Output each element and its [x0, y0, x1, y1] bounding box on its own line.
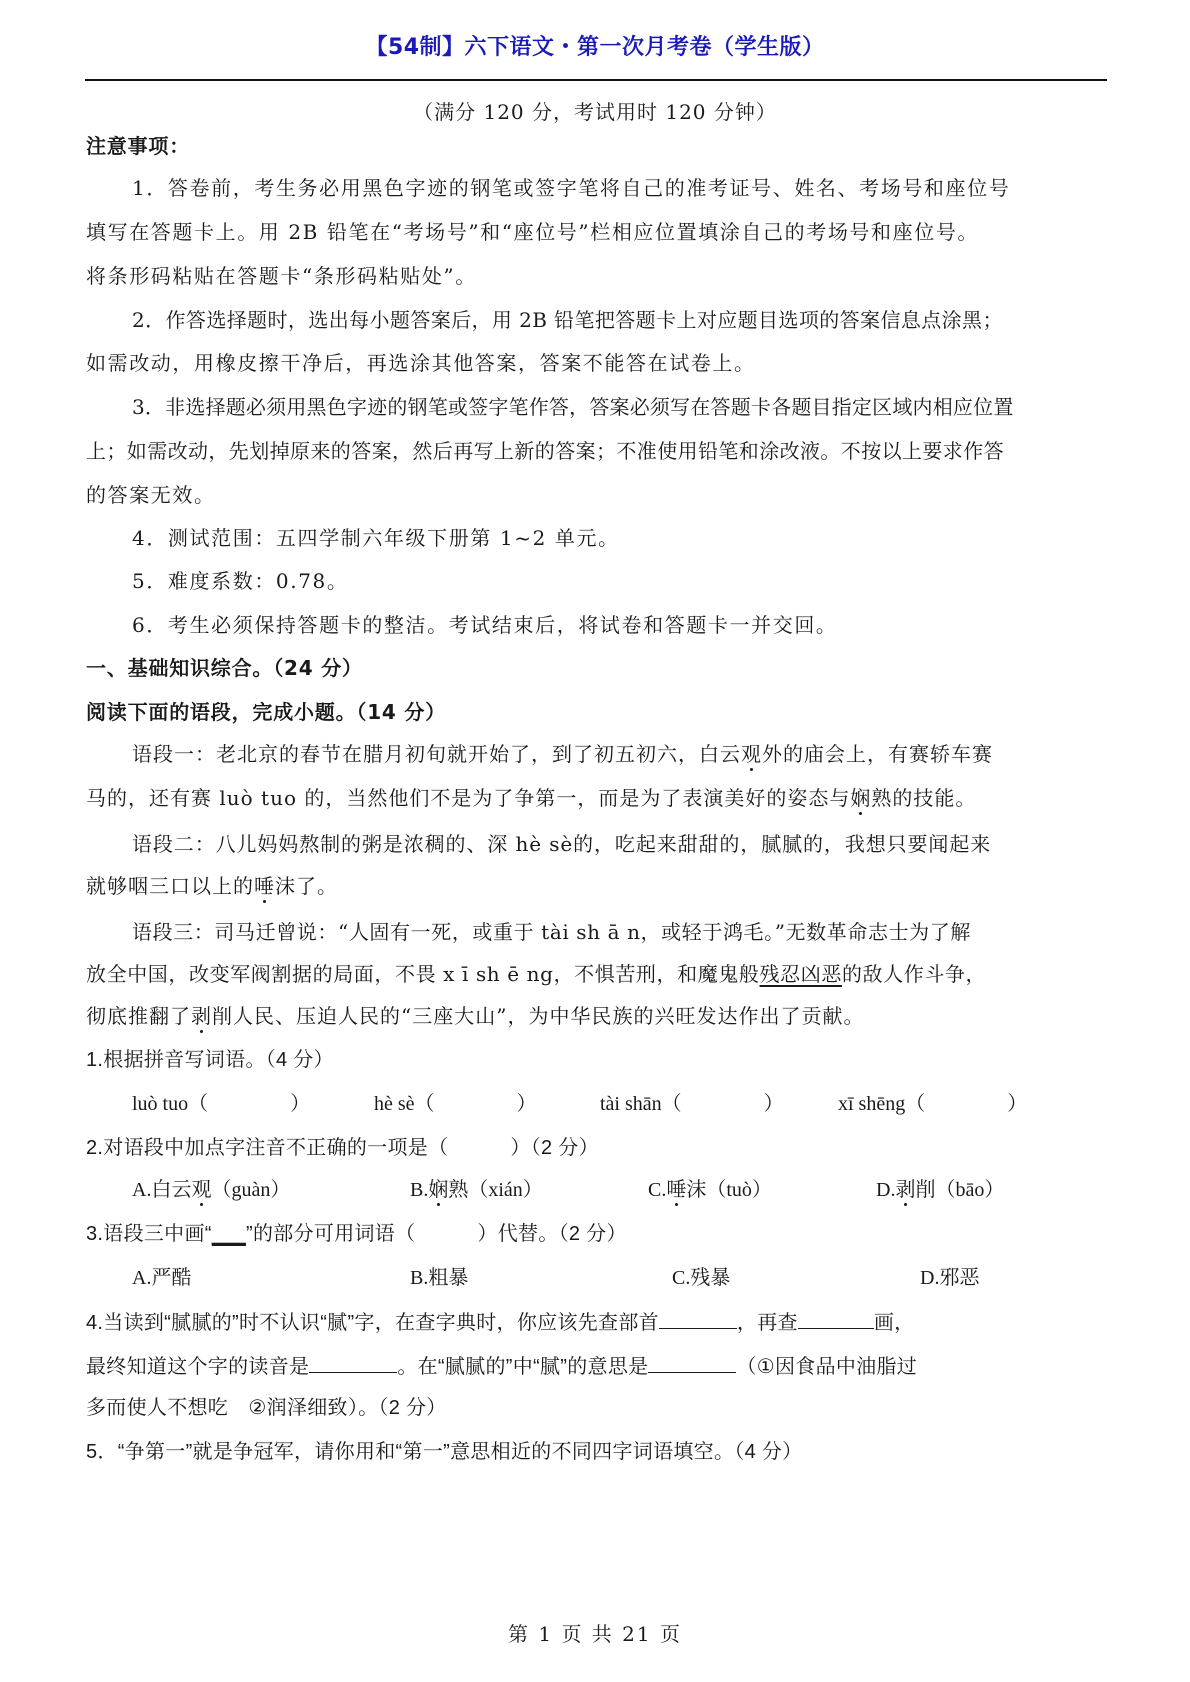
- pronunciation-blank[interactable]: [309, 1352, 397, 1373]
- q2-option-d[interactable]: D.剥削（bāo）: [876, 1176, 1004, 1204]
- q2-option-b[interactable]: B.娴熟（xián）: [410, 1176, 648, 1204]
- notice-item-6: 6．考生必须保持答题卡的整洁。考试结束后，将试卷和答题卡一并交回。: [132, 611, 1106, 639]
- underlined-phrase: 残忍凶恶: [760, 962, 842, 986]
- passage-3-line-2: 放全中国，改变军阀割据的局面，不畏 x ī sh ē ng，不惧苦刑，和魔鬼般残…: [86, 960, 1106, 988]
- q1-item-xisheng[interactable]: xī shēng（）: [838, 1090, 1027, 1118]
- dotted-char: 娴: [850, 786, 871, 810]
- question-2-stem: 2.对语段中加点字注音不正确的一项是（）（2 分）: [86, 1134, 1106, 1162]
- q2-option-c[interactable]: C.唾沫（tuò）: [648, 1176, 876, 1204]
- passage-3-line-3: 彻底推翻了剥削人民、压迫人民的“三座大山”，为中华民族的兴旺发达作出了贡献。: [86, 1002, 1106, 1030]
- notice-item-4: 4．测试范围：五四学制六年级下册第 1~2 单元。: [132, 524, 1106, 552]
- question-5-stem: 5．“争第一”就是争冠军，请你用和“第一”意思相近的不同四字词语填空。（4 分）: [86, 1438, 1106, 1466]
- exam-title: 【54制】六下语文・第一次月考卷（学生版）: [0, 30, 1190, 61]
- dotted-char: 观: [741, 742, 762, 766]
- notice-item-5: 5．难度系数：0.78。: [132, 567, 1106, 595]
- question-1-stem: 1.根据拼音写词语。（4 分）: [86, 1046, 1106, 1074]
- notice-heading: 注意事项：: [86, 132, 1106, 160]
- page-number: 第 1 页 共 21 页: [0, 1618, 1190, 1647]
- passage-1-line-2: 马的，还有赛 luò tuo 的，当然他们不是为了争第一，而是为了表演美好的姿态…: [86, 784, 1106, 812]
- question-2-options: A.白云观（guàn） B.娴熟（xián） C.唾沫（tuò） D.剥削（bā…: [132, 1176, 1092, 1204]
- notice-item-2-line-1: 2．作答选择题时，选出每小题答案后，用 2B 铅笔把答题卡上对应题目选项的答案信…: [132, 306, 1106, 334]
- passage-text: 沫了。: [275, 874, 338, 898]
- question-4-line-2: 最终知道这个字的读音是。在“腻腻的”中“腻”的意思是（①因食品中油脂过: [86, 1352, 1106, 1381]
- notice-item-3-line-3: 的答案无效。: [86, 481, 1106, 509]
- question-3-stem: 3.语段三中画“___”的部分可用词语（）代替。（2 分）: [86, 1220, 1106, 1248]
- q1-item-hese[interactable]: hè sè（）: [374, 1090, 600, 1118]
- question-1-items: luò tuo（） hè sè（） tài shān（） xī shēng（）: [132, 1090, 1092, 1118]
- passage-text: 外的庙会上，有赛轿车赛: [762, 742, 993, 766]
- passage-text: 就够咽三口以上的: [86, 874, 254, 898]
- question-3-options: A.严酷 B.粗暴 C.残暴 D.邪恶: [132, 1264, 1092, 1292]
- notice-item-3-line-1: 3．非选择题必须用黑色字迹的钢笔或签字笔作答，答案必须写在答题卡各题目指定区域内…: [132, 393, 1106, 421]
- passage-2-line-2: 就够咽三口以上的唾沫了。: [86, 872, 1106, 900]
- notice-item-1-line-3: 将条形码粘贴在答题卡“条形码粘贴处”。: [86, 262, 1106, 290]
- passage-text: 熟的技能。: [871, 786, 976, 810]
- question-4-line-3: 多而使人不想吃 ②润泽细致）。（2 分）: [86, 1394, 1106, 1422]
- section-1-subheading: 阅读下面的语段，完成小题。（14 分）: [86, 698, 1106, 726]
- section-1-heading: 一、基础知识综合。（24 分）: [86, 654, 1106, 682]
- passage-text: 削人民、压迫人民的“三座大山”，为中华民族的兴旺发达作出了贡献。: [212, 1004, 864, 1028]
- radical-blank[interactable]: [659, 1308, 737, 1329]
- passage-3-line-1: 语段三：司马迁曾说：“人固有一死，或重于 tài sh ā n，或轻于鸿毛。”无…: [132, 918, 1106, 946]
- exam-subtitle: （满分 120 分，考试用时 120 分钟）: [0, 96, 1190, 125]
- passage-text: 马的，还有赛 luò tuo 的，当然他们不是为了争第一，而是为了表演美好的姿态…: [86, 786, 850, 810]
- notice-item-2-line-2: 如需改动，用橡皮擦干净后，再选涂其他答案，答案不能答在试卷上。: [86, 349, 1106, 377]
- q2-option-a[interactable]: A.白云观（guàn）: [132, 1176, 410, 1204]
- passage-1-line-1: 语段一：老北京的春节在腊月初旬就开始了，到了初五初六，白云观外的庙会上，有赛轿车…: [132, 740, 1106, 768]
- passage-text: 的敌人作斗争，: [842, 962, 986, 986]
- q3-option-b[interactable]: B.粗暴: [410, 1264, 672, 1292]
- passage-text: 彻底推翻了: [86, 1004, 191, 1028]
- passage-2-line-1: 语段二：八儿妈妈熬制的粥是浓稠的、深 hè sè的，吃起来甜甜的，腻腻的，我想只…: [132, 830, 1106, 858]
- question-4-line-1: 4.当读到“腻腻的”时不认识“腻”字，在查字典时，你应该先查部首，再查画，: [86, 1308, 1106, 1337]
- notice-item-1-line-1: 1．答卷前，考生务必用黑色字迹的钢笔或签字笔将自己的准考证号、姓名、考场号和座位…: [132, 174, 1106, 202]
- passage-text: 语段一：老北京的春节在腊月初旬就开始了，到了初五初六，白云: [132, 742, 741, 766]
- passage-text: 放全中国，改变军阀割据的局面，不畏 x ī sh ē ng，不惧苦刑，和魔鬼般: [86, 962, 760, 986]
- q3-option-c[interactable]: C.残暴: [672, 1264, 920, 1292]
- q1-item-taishan[interactable]: tài shān（）: [600, 1090, 838, 1118]
- meaning-blank[interactable]: [648, 1352, 736, 1373]
- q1-item-luotuo[interactable]: luò tuo（）: [132, 1090, 374, 1118]
- notice-item-1-line-2: 填写在答题卡上。用 2B 铅笔在“考场号”和“座位号”栏相应位置填涂自己的考场号…: [86, 218, 1106, 246]
- notice-item-3-line-2: 上；如需改动，先划掉原来的答案，然后再写上新的答案；不准使用铅笔和涂改液。不按以…: [86, 437, 1106, 465]
- dotted-char: 唾: [254, 874, 275, 898]
- dotted-char: 剥: [191, 1004, 212, 1028]
- header-divider: [85, 79, 1107, 81]
- stroke-count-blank[interactable]: [798, 1308, 874, 1329]
- exam-page: 【54制】六下语文・第一次月考卷（学生版） （满分 120 分，考试用时 120…: [0, 0, 1190, 1682]
- q3-option-d[interactable]: D.邪恶: [920, 1264, 979, 1292]
- q3-option-a[interactable]: A.严酷: [132, 1264, 410, 1292]
